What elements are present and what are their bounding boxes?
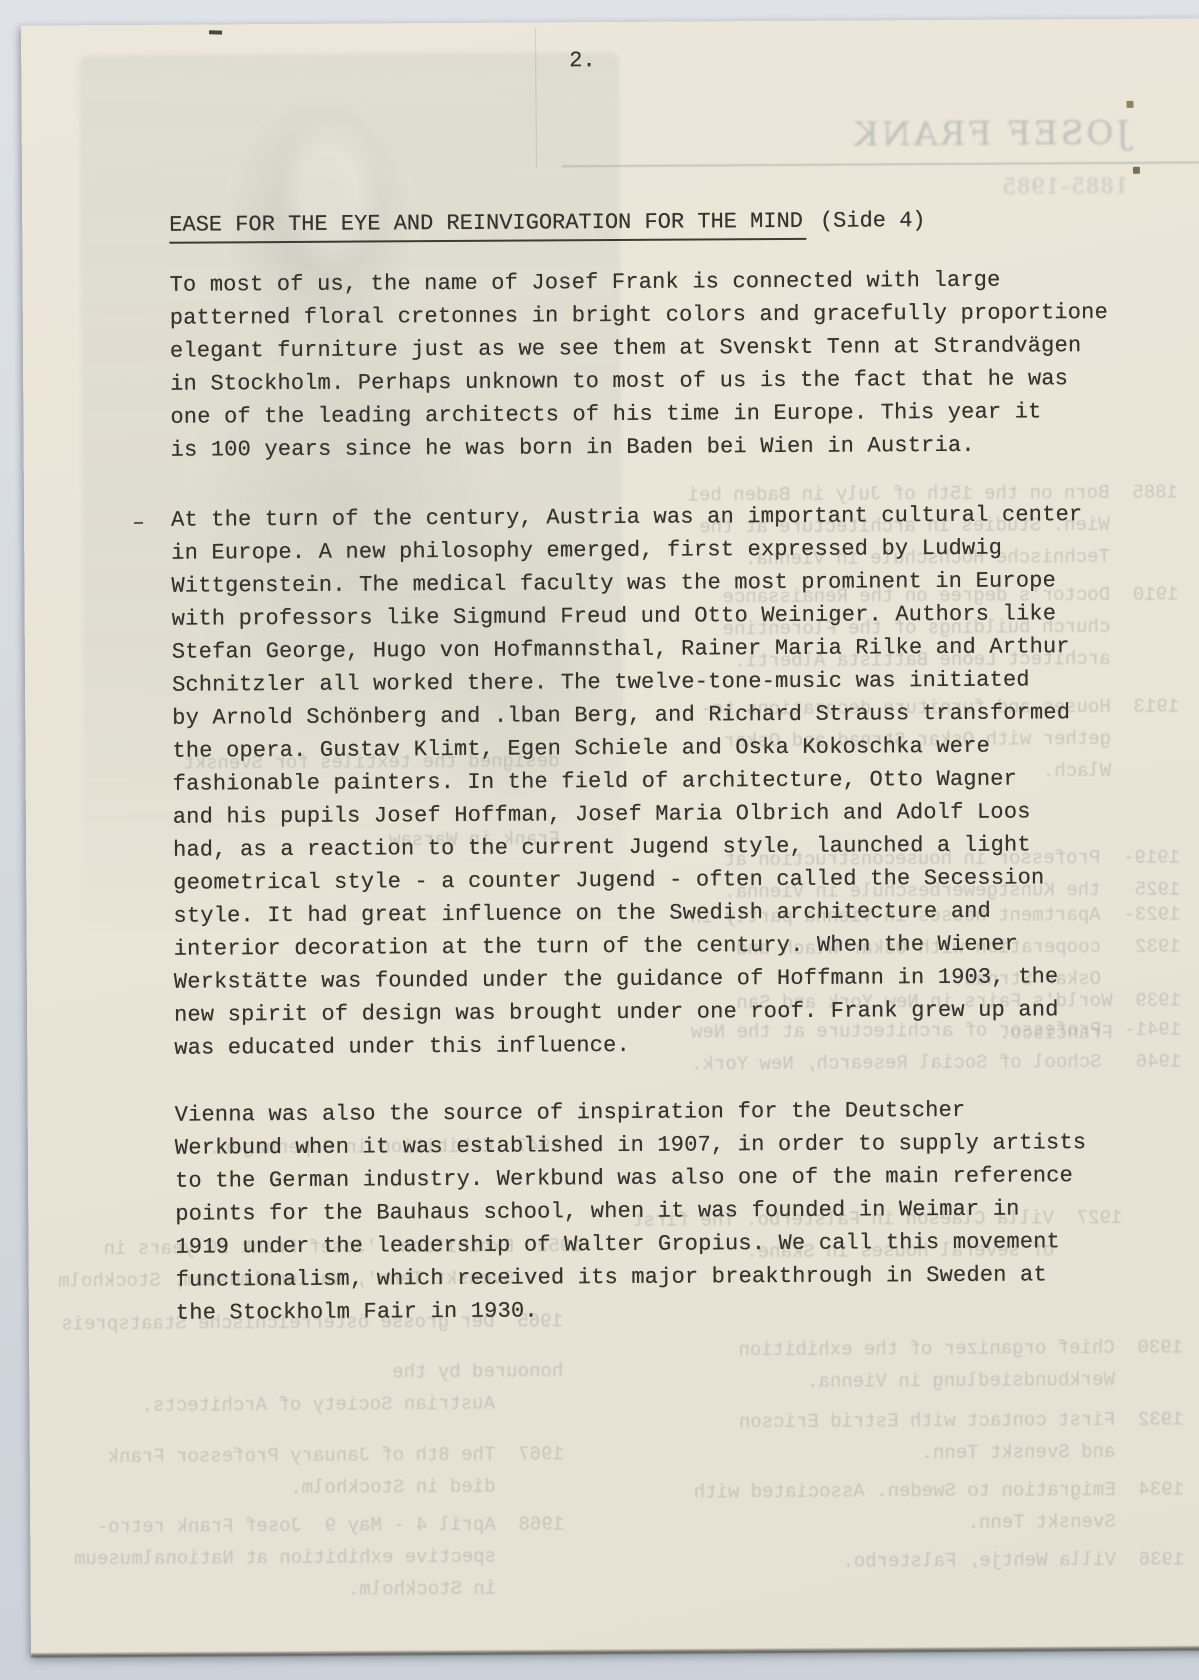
staple-hole xyxy=(1127,101,1134,108)
bleedthrough-text: honoured by the Austrian Society of Arch… xyxy=(63,1355,563,1422)
top-edge-mark xyxy=(209,30,222,34)
bleedthrough-text: 1932 First contact with Estrid Ericson a… xyxy=(623,1404,1183,1471)
paragraph-vienna-culture: At the turn of the century, Austria was … xyxy=(171,498,1086,1065)
page-number: 2. xyxy=(569,48,596,73)
document-page: JOSEF FRANK 1885–1985 1885 Born on the 1… xyxy=(21,18,1199,1655)
scan-canvas: { "page": { "number": "2.", "heading_mai… xyxy=(0,0,1199,1680)
bleedthrough-text: 1936 Villa Wehtje, Falsterbo. xyxy=(624,1544,1184,1579)
staple-hole xyxy=(1133,167,1140,174)
heading-side-label: (Side 4) xyxy=(820,208,926,234)
heading-title: EASE FOR THE EYE AND REINVIGORATION FOR … xyxy=(169,209,806,244)
bleedthrough-text: 1967 The 8th of January Professor Frank … xyxy=(64,1438,564,1505)
bleedthrough-fragments: 1885 Born on the 15th of July in Baden b… xyxy=(21,18,1199,25)
bleedthrough-subtitle: 1885–1985 xyxy=(978,174,1128,199)
bleedthrough-text: 1934 Emigration to Sweden. Associated wi… xyxy=(624,1474,1184,1541)
paragraph-werkbund: Vienna was also the source of inspiratio… xyxy=(175,1093,1088,1330)
bleedthrough-text: 1930 Chief organizer of the exhibition W… xyxy=(623,1332,1183,1399)
document-heading: EASE FOR THE EYE AND REINVIGORATION FOR … xyxy=(169,208,926,244)
paragraph-intro: To most of us, the name of Josef Frank i… xyxy=(170,263,1109,467)
bleedthrough-rule xyxy=(562,161,1199,167)
bleedthrough-text: 1968 April 4 - May 9 Josef Frank retro- … xyxy=(64,1508,565,1607)
margin-stray-mark xyxy=(134,522,143,524)
bleedthrough-title: JOSEF FRANK xyxy=(874,113,1130,154)
